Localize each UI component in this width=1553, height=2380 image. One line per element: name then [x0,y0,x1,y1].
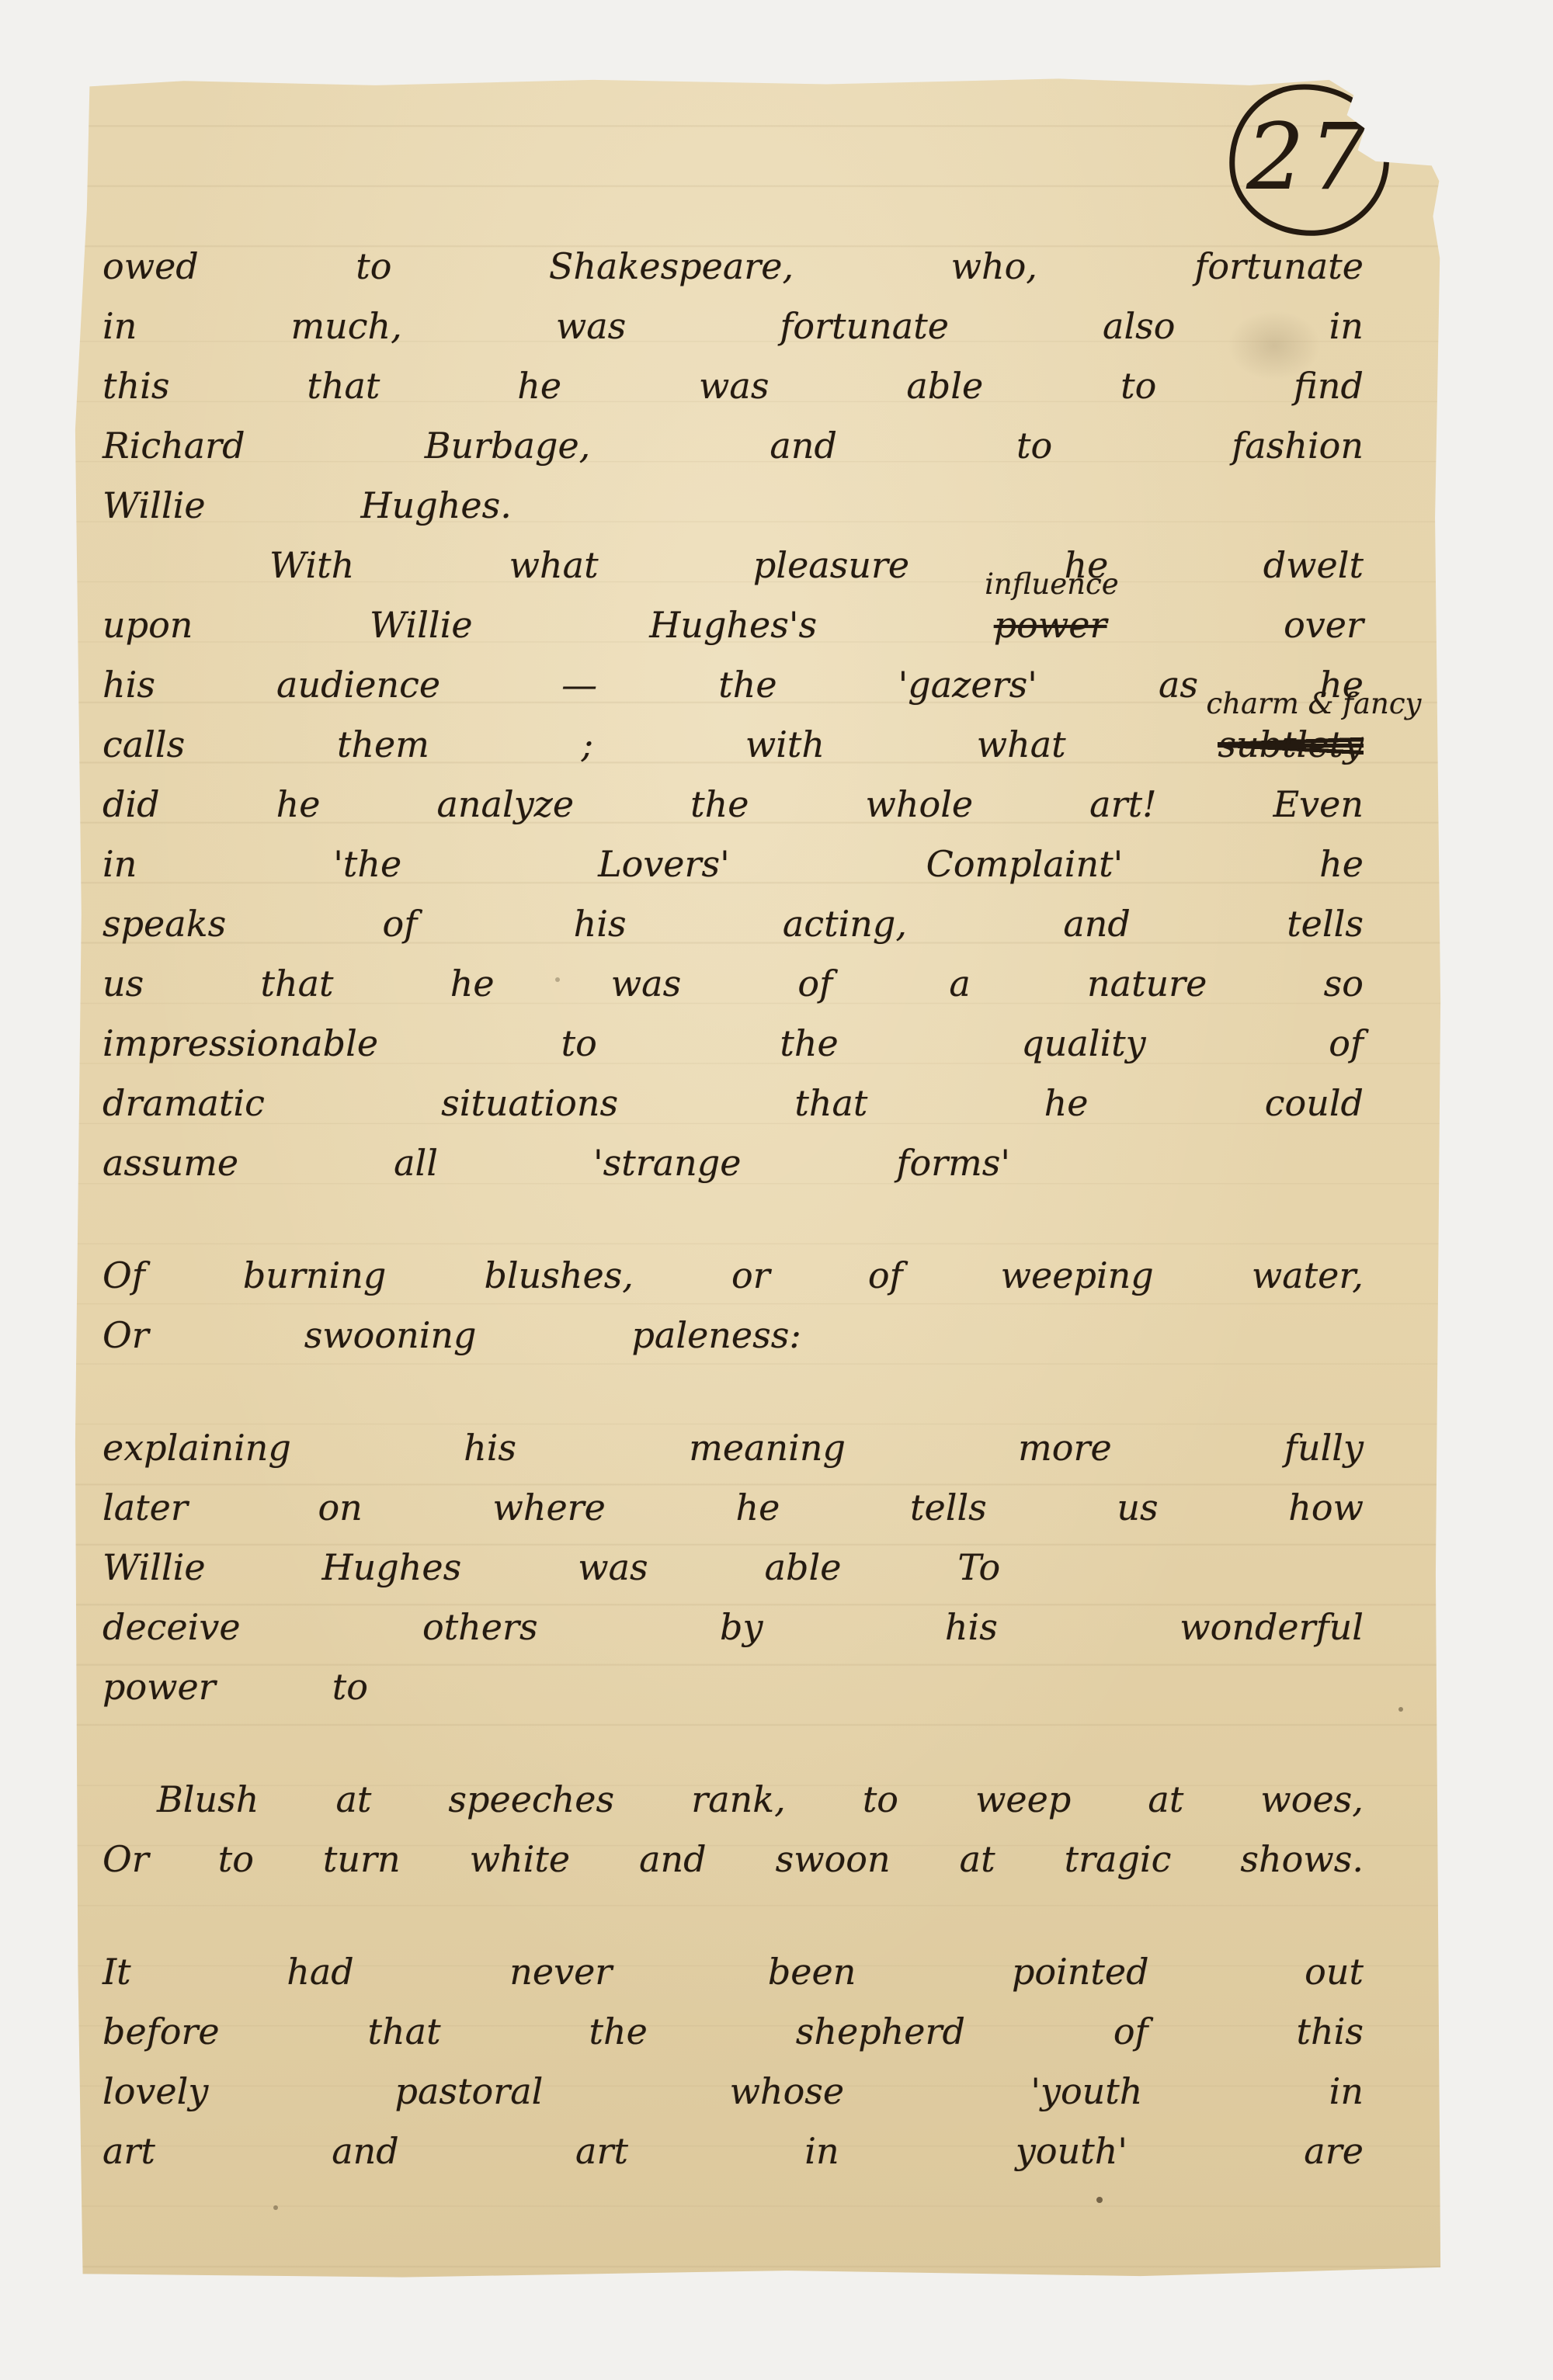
word: with [745,715,825,775]
word: much, [290,297,401,356]
inserted-word: influence [985,571,1119,598]
manuscript-line: uponWillieHughes'spowerinfluenceover [102,595,1364,655]
word: nature [1087,954,1207,1014]
word: he [517,356,561,416]
word: he [1319,834,1364,894]
word: tells [910,1478,987,1538]
word: who, [951,237,1037,297]
word: pleasure [753,536,909,595]
word: his [945,1598,998,1657]
manuscript-line: beforethattheshepherdofthis [102,2002,1364,2062]
word: to [332,1657,368,1717]
word: upon [102,595,193,655]
word: so [1324,954,1364,1014]
word: pointed [1012,1942,1149,2002]
word: in [102,834,137,894]
manuscript-line: inmuch,wasfortunatealsoin [102,297,1364,356]
word: of [1329,1014,1364,1074]
word: pastoral [395,2062,544,2122]
word: the [690,775,749,834]
word: to [561,1014,597,1074]
word: in [1329,297,1364,356]
prose-paragraph: explaininghismeaningmorefullylateronwher… [102,1418,1364,1717]
revised-word: subtletycharm & fancy [1218,715,1364,775]
word: and [639,1830,707,1889]
manuscript-line: artandartinyouth'are [102,2122,1364,2181]
word: Willie [370,595,473,655]
word: did [102,775,160,834]
word: others [422,1598,538,1657]
word: over [1284,595,1364,655]
word: art [575,2122,628,2181]
manuscript-line: assumeall'strangeforms' [102,1133,1364,1193]
word: whose [730,2062,845,2122]
word: — [561,655,597,715]
word: weeping [1001,1246,1154,1306]
word: this [1297,2002,1364,2062]
manuscript-text: owedtoShakespeare,who,fortunateinmuch,wa… [102,237,1364,2181]
word: woes, [1260,1770,1364,1830]
word: It [102,1942,131,2002]
word: never [509,1942,612,2002]
word: ; [582,715,594,775]
word: this [102,356,169,416]
word: To [957,1538,1000,1598]
word: his [102,655,155,715]
manuscript-line: hisaudience—the'gazers'ashe [102,655,1364,715]
word: fortunate [780,297,949,356]
word: youth' [1016,2122,1127,2181]
word: 'strange [593,1133,741,1193]
word: Of [102,1246,145,1306]
word: he [736,1478,780,1538]
word: to [1120,356,1156,416]
manuscript-line: Ithadneverbeenpointedout [102,1942,1364,2002]
word: or [731,1246,770,1306]
word: to [863,1770,898,1830]
word: assume [102,1133,238,1193]
word: at [335,1770,371,1830]
word: situations [441,1074,618,1133]
verse-paragraph: Blushatspeechesrank,toweepatwoes,Ortotur… [102,1770,1364,1889]
word: paleness: [631,1306,801,1365]
word: shows. [1240,1830,1364,1889]
word: Hughes's [649,595,817,655]
manuscript-line: lovelypastoralwhose'youthin [102,2062,1364,2122]
word: With [269,536,354,595]
word: find [1294,356,1364,416]
struck-word: power [994,604,1107,646]
prose-paragraph: WithwhatpleasurehedweltuponWillieHughes'… [102,536,1364,1193]
word: had [287,1942,354,2002]
word: where [492,1478,605,1538]
word: was [578,1538,648,1598]
word: deceive [102,1598,241,1657]
page-number: 27 [1246,103,1372,210]
word: wonderful [1180,1598,1364,1657]
word: what [977,715,1066,775]
word: to [218,1830,254,1889]
word: before [102,2002,220,2062]
manuscript-line: speaksofhisacting,andtells [102,894,1364,954]
word: to [356,237,391,297]
word: been [768,1942,856,2002]
word: explaining [102,1418,291,1478]
word: was [611,954,681,1014]
word: his [464,1418,516,1478]
word: by [720,1598,763,1657]
manuscript-line: owedtoShakespeare,who,fortunate [102,237,1364,297]
word: rank, [691,1770,786,1830]
word: Or [102,1306,149,1365]
word: shepherd [796,2002,965,2062]
manuscript-line: explaininghismeaningmorefully [102,1418,1364,1478]
word: at [1148,1770,1183,1830]
word: owed [102,237,199,297]
word: that [368,2002,441,2062]
word: forms' [896,1133,1010,1193]
word: audience [276,655,440,715]
struck-word: subtlety [1218,723,1364,765]
word: what [509,536,599,595]
word: us [1117,1478,1158,1538]
word: turn [323,1830,401,1889]
prose-paragraph: Ithadneverbeenpointedoutbeforethattheshe… [102,1942,1364,2181]
word: he [1044,1074,1089,1133]
word: speaks [102,894,226,954]
word: 'gazers' [898,655,1037,715]
word: tells [1287,894,1364,954]
verse-paragraph: Ofburningblushes,orofweepingwater,Orswoo… [102,1246,1364,1365]
word: that [307,356,380,416]
ink-specks [75,78,78,81]
word: quality [1021,1014,1145,1074]
manuscript-line: in'theLovers'Complaint'he [102,834,1364,894]
word: fortunate [1194,237,1364,297]
manuscript-line: thisthathewasabletofind [102,356,1364,416]
word: at [960,1830,995,1889]
manuscript-line: Ortoturnwhiteandswoonattragicshows. [102,1830,1364,1889]
word: Hughes [322,1538,462,1598]
manuscript-line: usthathewasofanatureso [102,954,1364,1014]
word: lovely [102,2062,208,2122]
word: swoon [776,1830,891,1889]
inserted-word: charm & fancy [1206,690,1421,718]
word: Even [1273,775,1364,834]
word: his [574,894,627,954]
word: Complaint' [926,834,1124,894]
word: Hughes. [361,476,512,536]
word: 'the [333,834,401,894]
manuscript-line: deceiveothersbyhiswonderful [102,1598,1364,1657]
word: able [765,1538,842,1598]
manuscript-line: dramaticsituationsthathecould [102,1074,1364,1133]
word: to [1016,416,1052,476]
prose-paragraph: owedtoShakespeare,who,fortunateinmuch,wa… [102,237,1364,536]
word: Richard [102,416,245,476]
word: are [1304,2122,1364,2181]
word: Willie [102,1538,206,1598]
word: of [797,954,832,1014]
word: on [318,1478,362,1538]
word: of [1114,2002,1148,2062]
word: analyze [437,775,575,834]
word: impressionable [102,1014,378,1074]
word: acting, [783,894,907,954]
manuscript-line: didheanalyzethewholeart!Even [102,775,1364,834]
word: he [276,775,321,834]
word: us [102,954,144,1014]
word: able [906,356,983,416]
word: dwelt [1263,536,1364,595]
word: that [794,1074,867,1133]
word: Blush [157,1770,259,1830]
word: of [383,894,418,954]
manuscript-line: impressionabletothequalityof [102,1014,1364,1074]
word: Or [102,1830,149,1889]
word: whole [866,775,974,834]
manuscript-line: Blushatspeechesrank,toweepatwoes, [102,1770,1364,1830]
manuscript-line: RichardBurbage,andtofashion [102,416,1364,476]
word: art [102,2122,155,2181]
word: he [450,954,495,1014]
manuscript-line: Ofburningblushes,orofweepingwater, [102,1246,1364,1306]
word: out [1305,1942,1364,2002]
word: Burbage, [425,416,591,476]
page-number-circle: 27 [1224,78,1394,241]
word: blushes, [484,1246,633,1306]
word: water, [1252,1246,1364,1306]
word: in [804,2122,839,2181]
word: speeches [448,1770,614,1830]
manuscript-line: powerto [102,1657,1364,1717]
word: more [1018,1418,1112,1478]
word: dramatic [102,1074,265,1133]
word: the [589,2002,647,2062]
word: Willie [102,476,206,536]
word: as [1159,655,1198,715]
word: also [1103,297,1175,356]
manuscript-line: Orswooningpaleness: [102,1306,1364,1365]
word: Lovers' [598,834,730,894]
word: later [102,1478,188,1538]
word: and [332,2122,399,2181]
manuscript-line: lateronwherehetellsushow [102,1478,1364,1538]
revised-word: powerinfluence [994,595,1107,655]
word: meaning [689,1418,846,1478]
word: power [102,1657,216,1717]
word: a [949,954,970,1014]
word: could [1265,1074,1364,1133]
word: in [1329,2062,1364,2122]
word: and [770,416,837,476]
word: white [470,1830,570,1889]
word: weep [975,1770,1071,1830]
word: all [394,1133,438,1193]
word: burning [243,1246,386,1306]
scan-background: { "colors":{ "bg":"#f2f1ee", "paper":"#e… [0,0,1553,2380]
word: calls [102,715,185,775]
word: in [102,297,137,356]
word: and [1063,894,1131,954]
word: fashion [1232,416,1364,476]
manuscript-line: callsthem;withwhatsubtletycharm & fancy [102,715,1364,775]
word: them [337,715,429,775]
word: fully [1284,1418,1364,1478]
word: 'youth [1030,2062,1142,2122]
word: the [780,1014,838,1074]
word: was [556,297,626,356]
word: Shakespeare, [549,237,794,297]
word: art! [1089,775,1156,834]
word: swooning [304,1306,477,1365]
word: was [699,356,769,416]
word: of [868,1246,903,1306]
word: that [260,954,333,1014]
manuscript-line: WillieHugheswasableTo [102,1538,1364,1598]
word: tragic [1065,1830,1172,1889]
manuscript-page: 27 owedtoShakespeare,who,fortunateinmuch… [75,78,1441,2278]
word: how [1288,1478,1364,1538]
word: the [718,655,776,715]
manuscript-line: Withwhatpleasurehedwelt [102,536,1364,595]
manuscript-line: WillieHughes. [102,476,1364,536]
